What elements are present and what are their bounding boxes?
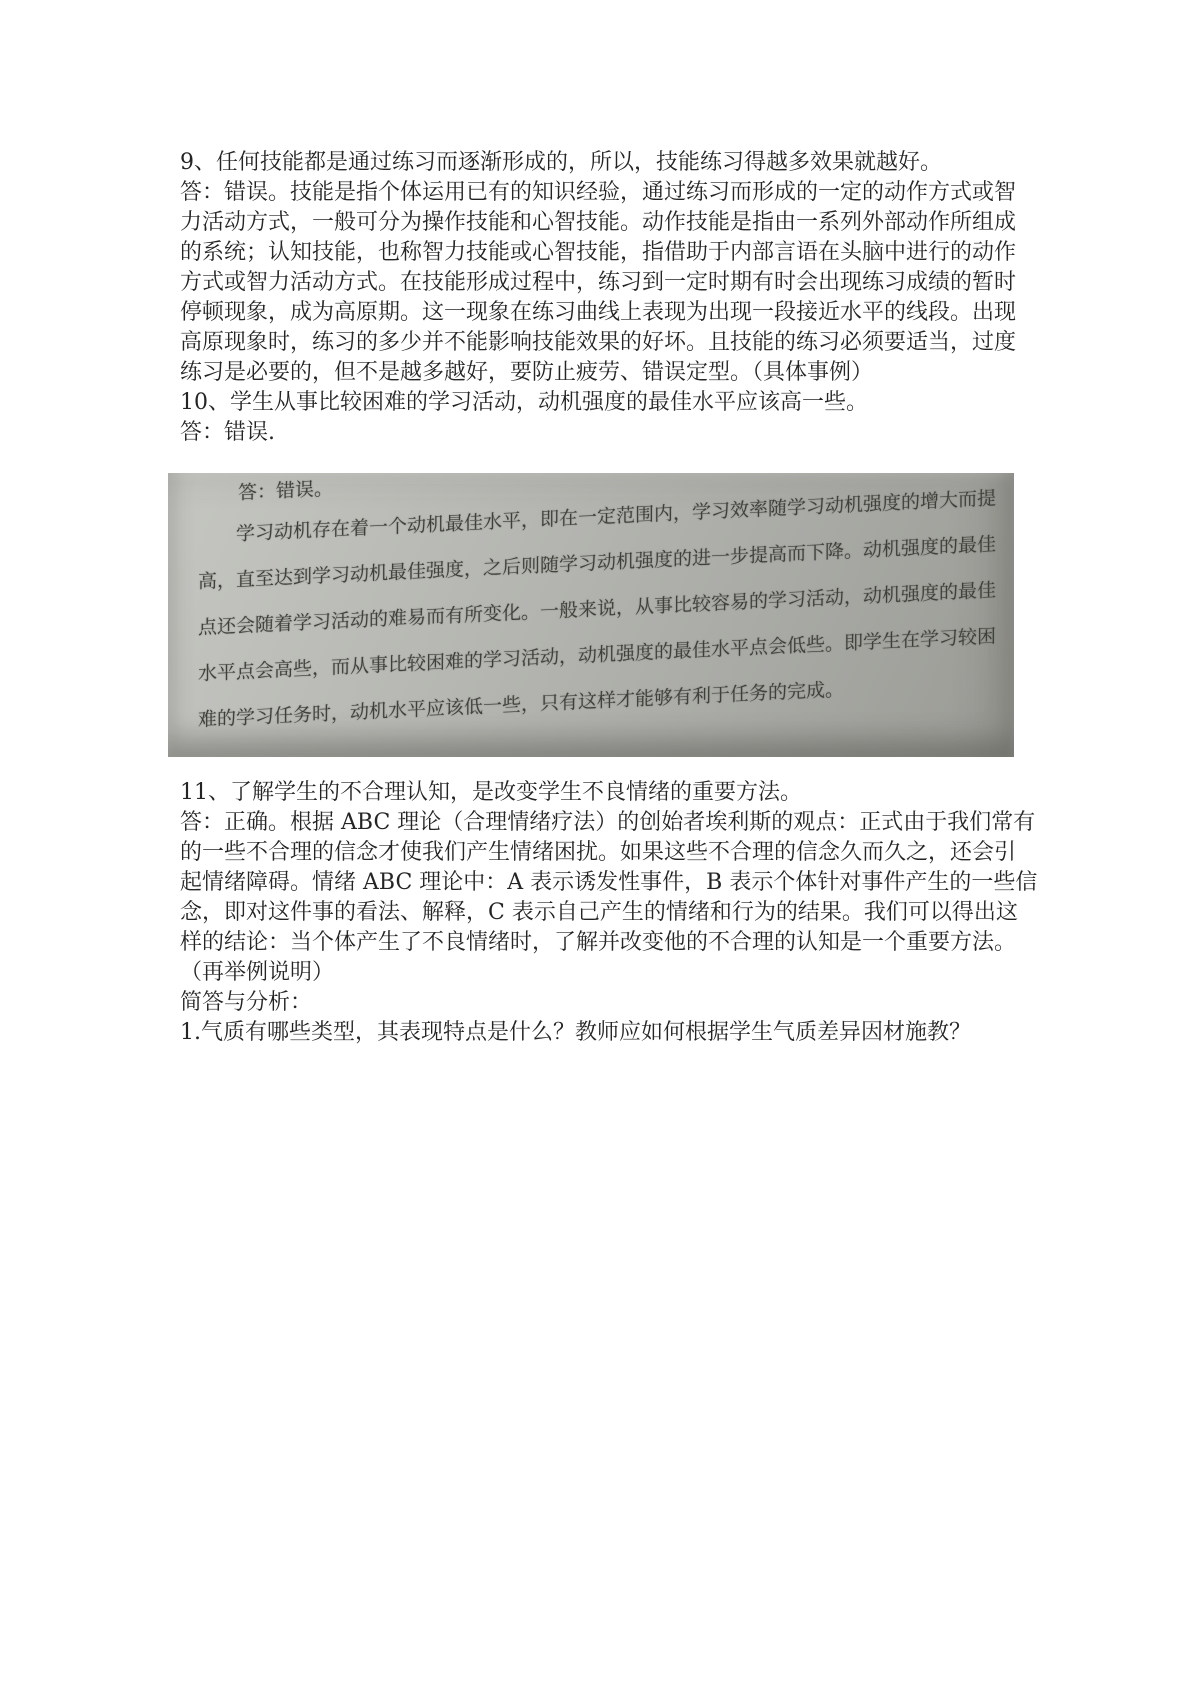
answer-9-line-1: 答：错误。技能是指个体运用已有的知识经验，通过练习而形成的一定的动作方式或智 [180,178,1036,208]
question-11: 11、了解学生的不合理认知，是改变学生不良情绪的重要方法。 [180,778,1036,808]
answer-11-line-5: 样的结论：当个体产生了不良情绪时，了解并改变他的不合理的认知是一个重要方法。 [180,928,1036,958]
section-heading: 简答与分析： [180,988,1036,1018]
answer-10: 答：错误. [180,418,1036,448]
section-question-1: 1.气质有哪些类型，其表现特点是什么？教师应如何根据学生气质差异因材施教？ [180,1018,1036,1048]
answer-11-line-4: 念，即对这件事的看法、解释，C 表示自己产生的情绪和行为的结果。我们可以得出这 [180,898,1036,928]
text-column: 9、任何技能都是通过练习而逐渐形成的，所以，技能练习得越多效果就越好。 答：错误… [180,148,1036,1048]
answer-11-note: （再举例说明） [180,958,1036,988]
answer-9-line-7: 练习是必要的，但不是越多越好，要防止疲劳、错误定型。（具体事例） [180,358,1036,388]
answer-11-line-2: 的一些不合理的信念才使我们产生情绪困扰。如果这些不合理的信念久而久之，还会引 [180,838,1036,868]
answer-9-line-2: 力活动方式，一般可分为操作技能和心智技能。动作技能是指由一系列外部动作所组成 [180,208,1036,238]
answer-11-line-3: 起情绪障碍。情绪 ABC 理论中：A 表示诱发性事件，B 表示个体针对事件产生的… [180,868,1036,898]
question-9: 9、任何技能都是通过练习而逐渐形成的，所以，技能练习得越多效果就越好。 [180,148,1036,178]
document-page: 9、任何技能都是通过练习而逐渐形成的，所以，技能练习得越多效果就越好。 答：错误… [0,0,1200,1697]
answer-9-line-6: 高原现象时，练习的多少并不能影响技能效果的好坏。且技能的练习必须要适当，过度 [180,328,1036,358]
question-10: 10、学生从事比较困难的学习活动，动机强度的最佳水平应该高一些。 [180,388,1036,418]
answer-9-line-5: 停顿现象，成为高原期。这一现象在练习曲线上表现为出现一段接近水平的线段。出现 [180,298,1036,328]
scan-text-block: 答：错误。 学习动机存在着一个动机最佳水平，即在一定范围内，学习效率随学习动机强… [198,473,1004,743]
answer-9-line-4: 方式或智力活动方式。在技能形成过程中，练习到一定时期有时会出现练习成绩的暂时 [180,268,1036,298]
answer-9-line-3: 的系统；认知技能，也称智力技能或心智技能，指借助于内部言语在头脑中进行的动作 [180,238,1036,268]
scanned-answer-image: 答：错误。 学习动机存在着一个动机最佳水平，即在一定范围内，学习效率随学习动机强… [168,473,1014,757]
answer-11-line-1: 答：正确。根据 ABC 理论（合理情绪疗法）的创始者埃利斯的观点：正式由于我们常… [180,808,1036,838]
